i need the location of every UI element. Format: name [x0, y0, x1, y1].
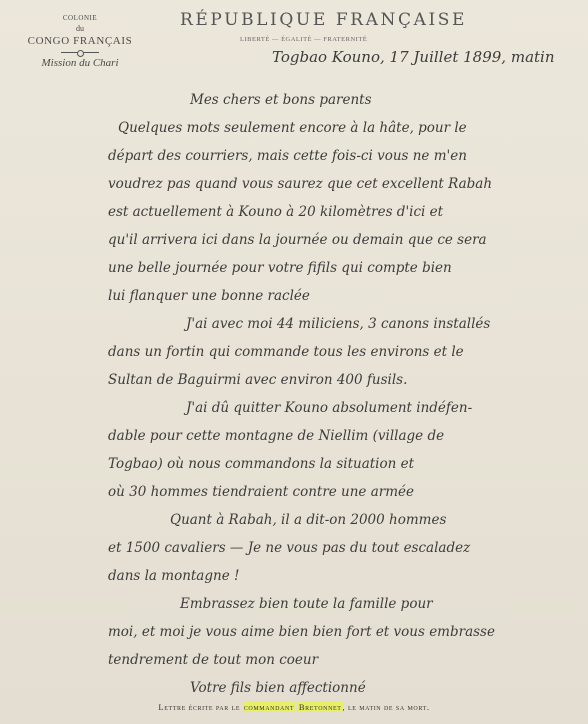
letter-line: départ des courriers, mais cette fois-ci…	[108, 148, 467, 164]
caption-before: Lettre écrite par le	[158, 702, 242, 712]
letter-page: COLONIE du CONGO FRANÇAIS Mission du Cha…	[0, 0, 588, 724]
caption: Lettre écrite par le commandant Bretonne…	[0, 702, 588, 712]
du-label: du	[0, 24, 160, 33]
colonie-letterhead: COLONIE du CONGO FRANÇAIS Mission du Cha…	[0, 14, 160, 69]
letter-line: dans un fortin qui commande tous les env…	[108, 344, 464, 360]
dateline: Togbao Kouno, 17 Juillet 1899, matin	[272, 48, 555, 66]
letter-line: Quelques mots seulement encore à la hâte…	[118, 120, 467, 136]
letter-line: où 30 hommes tiendraient contre une armé…	[108, 484, 414, 500]
letter-line: J'ai dû quitter Kouno absolument indéfen…	[186, 400, 472, 416]
letter-line: voudrez pas quand vous saurez que cet ex…	[108, 176, 492, 192]
congo-label: CONGO FRANÇAIS	[0, 35, 160, 47]
letter-line: Votre fils bien affectionné	[190, 680, 366, 696]
letter-line: Quant à Rabah, il a dit-on 2000 hommes	[170, 512, 446, 528]
letter-line: Togbao) où nous commandons la situation …	[108, 456, 414, 472]
letter-line: Sultan de Baguirmi avec environ 400 fusi…	[108, 372, 407, 388]
letter-line: dans la montagne !	[108, 568, 239, 584]
caption-highlight-bretonnet: Bretonnet	[298, 702, 343, 712]
letter-line: dable pour cette montagne de Niellim (vi…	[108, 428, 444, 444]
republique-heading: RÉPUBLIQUE FRANÇAISE	[180, 10, 467, 30]
letter-line: tendrement de tout mon coeur	[108, 652, 318, 668]
devise-text: LIBERTÉ — ÉGALITÉ — FRATERNITÉ	[240, 36, 367, 43]
letter-line: qu'il arrivera ici dans la journée ou de…	[108, 232, 487, 248]
letter-line: est actuellement à Kouno à 20 kilomètres…	[108, 204, 443, 220]
letter-line: moi, et moi je vous aime bien bien fort …	[108, 624, 495, 640]
caption-highlight-commandant: commandant	[243, 702, 295, 712]
letter-line: et 1500 cavaliers — Je ne vous pas du to…	[108, 540, 470, 556]
letter-line: une belle journée pour votre fifils qui …	[108, 260, 452, 276]
colonie-label: COLONIE	[0, 14, 160, 22]
mission-label: Mission du Chari	[0, 57, 160, 69]
letter-line: J'ai avec moi 44 miliciens, 3 canons ins…	[186, 316, 490, 332]
letter-line: Embrassez bien toute la famille pour	[180, 596, 433, 612]
salutation: Mes chers et bons parents	[190, 92, 372, 108]
letter-line: lui flanquer une bonne raclée	[108, 288, 310, 304]
ornament-divider	[61, 52, 99, 53]
caption-after: , le matin de sa mort.	[343, 702, 430, 712]
